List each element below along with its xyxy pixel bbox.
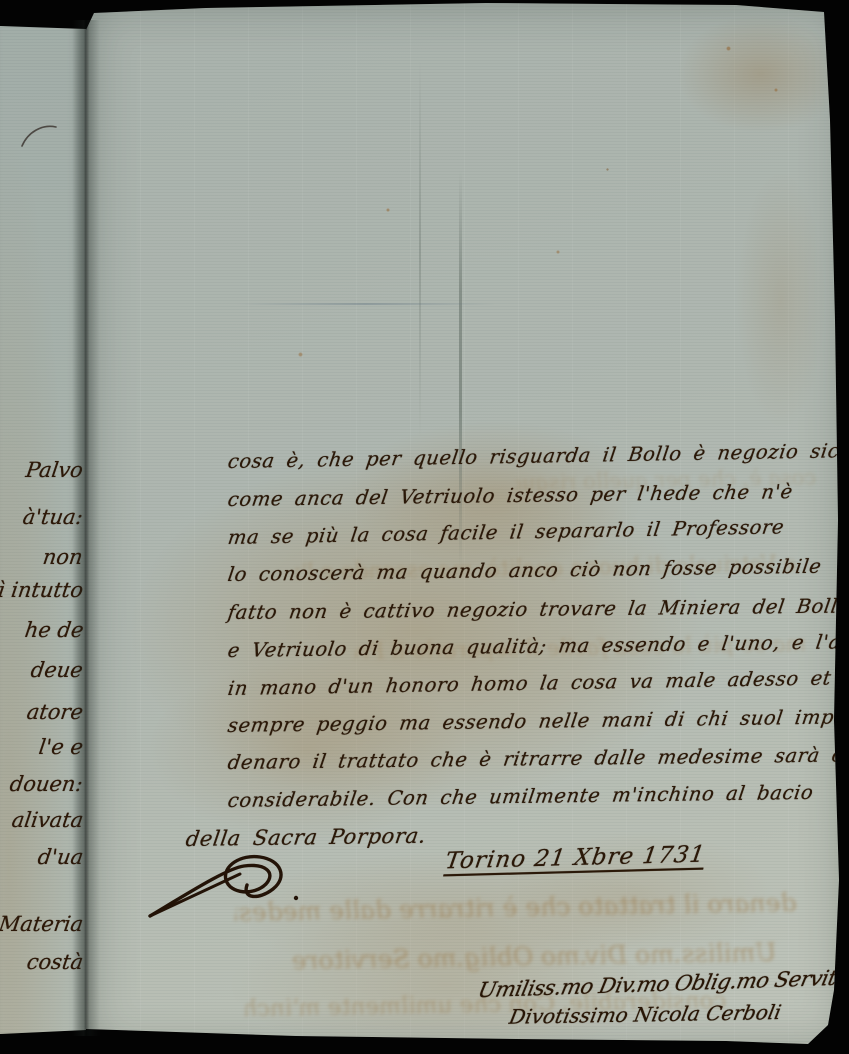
paraph-flourish [144, 846, 394, 926]
paper-fiber-mark [20, 120, 60, 150]
letter-line: e Vetriuolo di buona qualità; ma essendo… [226, 630, 849, 662]
letter-line: cosa è, che per quello risguarda il Boll… [226, 439, 849, 473]
left-page-fragment: à'tua: [21, 505, 84, 529]
letter-line: sempre peggio ma essendo nelle mani di c… [226, 704, 849, 737]
letter-line: denaro il trattato che è ritrarre dalle … [226, 743, 849, 774]
letter-line: come anca del Vetriuolo istesso per l'he… [226, 480, 794, 511]
main-page: e Vetriuolo di buona qualità; ma essendo… [86, 0, 849, 1054]
left-page-fragment: non [42, 545, 85, 569]
letter-line: considerabile. Con che umilmente m'inchi… [226, 781, 815, 812]
left-page-edge: Palvo à'tua: non ì intutto he de deue at… [0, 0, 86, 1054]
left-page-fragment: l'e e [37, 735, 84, 759]
left-page-fragment: costà [25, 950, 85, 974]
paper-crease [419, 60, 421, 440]
signature-courtesy-line: Umiliss.mo Div.mo Oblig.mo Servitore [476, 966, 844, 1003]
letter-line: fatto non è cattivo negozio trovare la M… [226, 594, 849, 624]
left-page-fragment: d'ua [36, 845, 85, 869]
left-page-fragment: he de [23, 618, 85, 642]
left-page-fragment: alivata [10, 808, 85, 832]
manuscript-scan: Palvo à'tua: non ì intutto he de deue at… [0, 0, 849, 1054]
left-page-fragment: Palvo [24, 458, 84, 482]
letter-line: lo conoscerà ma quando anco ciò non foss… [226, 555, 823, 586]
dateline: Torino 21 Xbre 1731 [443, 842, 707, 875]
left-page-fragment: douen: [9, 772, 85, 796]
left-page-fragment: ì intutto [0, 578, 85, 602]
letter-line: in mano d'un honoro homo la cosa va male… [226, 665, 849, 700]
paper-crease [236, 303, 496, 305]
left-page-fragment: atore [25, 700, 84, 724]
left-page-fragment: Materia [0, 912, 85, 936]
paper-crease [459, 170, 462, 570]
signature-name-line: Divotissimo Nicola Cerboli [507, 999, 833, 1029]
letter-line: ma se più la cosa facile il separarlo il… [226, 515, 785, 549]
left-page-fragment: deue [29, 658, 84, 682]
